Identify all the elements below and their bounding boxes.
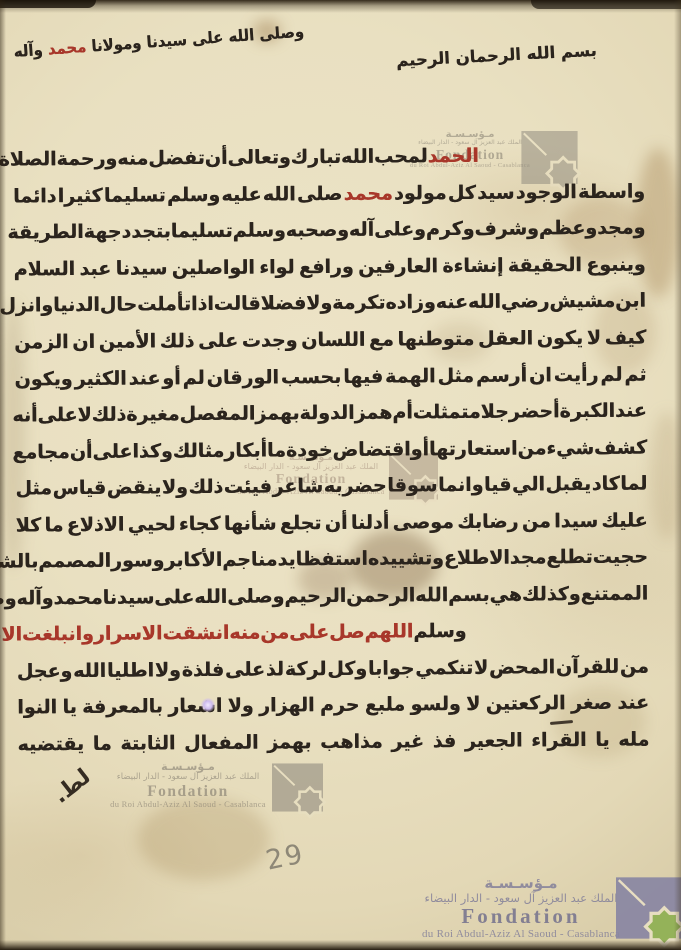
manuscript-line: عليكسيدامنرضابكموصىأدلناأنتجلعشأنهاكجاءل… (15, 502, 647, 544)
ink-word: أدلنا (351, 511, 389, 533)
rubricated-word: وانبلغت (22, 623, 94, 646)
ink-word: فيها (343, 365, 383, 387)
ink-word: ثم (624, 363, 646, 385)
ink-word: الله (415, 584, 448, 606)
ink-word: عند (617, 692, 649, 714)
rubricated-word: الانوار (0, 624, 22, 646)
manuscript-line: لماكاديقبلاليقياوانماسوقاحضربهشاعرفيئتذل… (15, 465, 647, 507)
ink-word: عليك (601, 509, 647, 531)
ink-word: على (198, 330, 238, 352)
ink-word: لا (77, 404, 91, 426)
ink-word: ابن (615, 290, 646, 312)
ink-word: بالشها (0, 551, 38, 573)
manuscript-line: ملهياالقراءالجعيرفذغيرمذاهببهمزالمفعالال… (17, 721, 649, 763)
ink-word: القراء (531, 729, 587, 751)
ink-word: قياس (52, 477, 106, 499)
rubricated-word: من (260, 622, 289, 644)
ink-word: الرحمن (346, 584, 415, 607)
ink-word: كيف (605, 327, 647, 349)
ink-word: منه (117, 148, 148, 170)
ink-word: مثل (437, 364, 474, 386)
ink-word: الطريقة (7, 221, 83, 244)
basmala-header: بسم الله الرحمان الرحيم (396, 41, 598, 70)
ink-word: وكرم (426, 218, 475, 240)
ink-word: غير (391, 730, 424, 752)
ink-word: اذا (191, 293, 214, 315)
ink-word: الورقان (207, 366, 279, 389)
ink-word: كلا (16, 514, 42, 536)
ink-word: لا (587, 327, 601, 349)
ink-word: وآله (16, 587, 53, 609)
ink-word: لذ (266, 658, 284, 680)
rubricated-word: محمد (343, 182, 392, 204)
ink-word: لا (466, 693, 480, 715)
ink-word: جهة (84, 221, 122, 243)
ink-word: من (517, 437, 546, 459)
rubricated-word: الحمد (428, 145, 479, 167)
watermark-latin-title: Fondation (147, 783, 229, 800)
ink-word: السلام (14, 258, 76, 280)
ink-word: وسلم (167, 184, 220, 206)
ink-word: ذلك (160, 330, 195, 352)
ink-word: العارفين (358, 255, 438, 278)
ink-word: تبارك (291, 146, 342, 168)
watermark-arabic-subtitle: الملك عبد العزيز آل سعود - الدار البيضاء (425, 892, 618, 905)
logo-diagonal-line (274, 766, 294, 786)
ink-word: الكبرة (559, 400, 615, 422)
stain (650, 412, 681, 540)
ink-word: الكثير (74, 367, 126, 389)
ink-word: بهمز (255, 402, 299, 424)
page-edge-bottom (0, 940, 681, 950)
rubricated-word: الاسرار (94, 623, 163, 646)
ink-word: واسطة (578, 180, 645, 203)
ink-word: المفصل (179, 403, 255, 426)
ink-word: بسم (448, 584, 490, 606)
ink-word: وعظم (539, 217, 597, 239)
ink-word: الله (73, 660, 106, 682)
ink-word: أو (411, 438, 430, 460)
ink-word: الحقيقة (508, 254, 582, 277)
salat-header: وصلى الله على سيدنا ومولانا محمد وآله (13, 22, 305, 61)
ink-word: الثابتة (120, 732, 175, 754)
ink-word: المصمم (38, 550, 111, 573)
ink-word: الزمن (14, 331, 68, 353)
ink-word: ورحمة (56, 148, 117, 170)
ink-word: وعلى (374, 219, 426, 241)
ink-word: الركعتين (486, 693, 566, 716)
ink-word: لم (600, 363, 622, 385)
ink-word: يكون (537, 327, 583, 349)
ink-word: الرحيم (284, 585, 346, 607)
ink-word: الممتنع (580, 582, 648, 605)
ink-word: فضلا (260, 293, 306, 315)
ink-word: الاطلاع (444, 547, 510, 570)
rubricated-word: انشقت (162, 622, 229, 645)
ink-word: عنه (436, 291, 468, 313)
ink-word: المفعال (184, 732, 259, 755)
ink-word: بتجدد (121, 221, 170, 243)
ink-word: جوابا (368, 657, 415, 679)
ink-word: شأنها (224, 512, 277, 534)
ink-word: فيئت (224, 476, 272, 498)
ink-word: على (92, 440, 132, 462)
marginal-ink-mark: لط. (49, 764, 96, 808)
ink-word: استعارتها (429, 437, 518, 460)
ink-word: سوقا (387, 474, 437, 496)
ink-word: الوجود (516, 181, 577, 203)
ink-word: على (37, 404, 77, 426)
ink-word: مشيش (549, 290, 615, 313)
ink-word: ويكون (14, 368, 72, 390)
ink-word: تطلع (546, 546, 593, 568)
ink-word: تنكمي (415, 657, 473, 679)
ink-word: وتعالى (227, 147, 290, 169)
ink-word: تسليما (171, 220, 233, 242)
ink-word: لا (474, 657, 488, 679)
ink-word: موصى (392, 511, 453, 533)
ink-word: ولا (162, 476, 188, 498)
salat-header-tail: وآله (13, 40, 48, 61)
ink-word: وشرف (474, 218, 539, 241)
ink-word: وصحبه (286, 219, 349, 241)
manuscript-line: كشفشيءمناستعارتهاأواقتضاضخودةماأبكارمثال… (15, 429, 647, 471)
ink-word: الله (468, 291, 501, 313)
ink-word: محمد (53, 587, 102, 609)
ink-word: أن (325, 512, 348, 534)
rubricated-word: منه (229, 622, 260, 644)
ink-word: تجلع (280, 512, 322, 534)
manuscript-line: ثملمرأيتانأرسممثلالهمةفيهابحسبالورقانلمأ… (14, 356, 646, 398)
ink-word: وتشييده (368, 547, 444, 570)
ink-word: لم (182, 367, 204, 389)
ink-word: متوطنها (397, 328, 474, 351)
ink-word: هي (489, 583, 522, 605)
ink-word: كاد (592, 473, 620, 495)
ink-word: العقل (478, 327, 533, 349)
ink-word: وسور (111, 550, 165, 572)
ink-word: عبد (79, 258, 111, 280)
ink-word: ملبع (365, 694, 405, 716)
ink-word: فلذة (182, 659, 225, 681)
ink-word: بحسب (281, 365, 341, 387)
ink-word: الي (512, 474, 545, 496)
manuscript-line: عندالكبرةأحضرجلامتمثلتأمهمزالدولةبهمزالم… (15, 392, 647, 434)
manuscript-line: وينبوعالحقيقةإنشاءةالعارفينورافعلواءالوا… (13, 246, 645, 288)
ink-word: حرم (320, 694, 360, 716)
watermark-stamp-bottom-left: مـؤسـسـةالملك عبد العزيز آل سعود - الدار… (104, 761, 272, 810)
watermark-stamp-bottom-right: مـؤسـسـةالملك عبد العزيز آل سعود - الدار… (422, 875, 620, 941)
ink-word: يا (595, 729, 609, 751)
ink-word: مع (369, 329, 394, 351)
watermark-latin-title: Fondation (461, 905, 580, 929)
manuscript-line: الحمدلمحباللهتباركوتعالىأنتفضلمنهورحمةال… (16, 138, 479, 178)
ink-word: رضي (501, 291, 550, 313)
ink-word: رضابك (457, 510, 518, 532)
eight-point-star-icon (293, 786, 326, 819)
manuscript-line: عندصغرالركعتينلاولسوملبعحرمالهزارولااشعا… (17, 685, 649, 727)
ink-word: ومجد (597, 217, 645, 239)
ink-word: صغر (571, 692, 612, 714)
ink-word: الله (194, 586, 227, 608)
salat-header-rubric: محمد (47, 37, 87, 59)
ink-word: بهمز (267, 731, 311, 753)
ink-word: حجيت (593, 546, 648, 568)
ink-word: يقبل (545, 473, 591, 495)
ink-word: ذلك (92, 404, 127, 426)
ink-word: وسلم (413, 620, 466, 642)
ink-word: قالت (214, 293, 261, 315)
ink-word: الأكابر (164, 549, 222, 571)
ink-flaw-spot (201, 698, 215, 712)
stain (138, 798, 270, 880)
ink-word: مغيرة (126, 403, 179, 425)
ink-word: الاذلاع (67, 513, 125, 535)
ink-word: من (620, 655, 649, 677)
ink-word: ولا (306, 292, 332, 314)
ink-word: مذاهب (320, 731, 383, 753)
watermark-latin-subtitle: du Roi Abdul-Aziz Al Saoud - Casablanca (110, 800, 266, 810)
ink-word: لركة (285, 658, 327, 680)
ink-word: مثالك (173, 439, 225, 461)
ink-word: وسلم (232, 220, 285, 242)
manuscript-scan-page: مـؤسـسـةالملك عبد العزيز آل سعود - الدار… (0, 0, 681, 950)
ink-word: ولا (155, 659, 181, 681)
ink-word: وزاده (385, 292, 435, 314)
ink-word: على (154, 586, 194, 608)
ink-word: دائما (13, 185, 56, 207)
ink-word: وصلى (227, 585, 284, 607)
manuscript-text-block: الحمدلمحباللهتباركوتعالىأنتفضلمنهورحمةال… (13, 137, 650, 763)
ink-word: مجد (510, 547, 547, 569)
ink-word: النوا (17, 697, 57, 719)
ink-word: وكذلك (522, 583, 581, 605)
manuscript-line: واسطةالوجودسيدكلمولودمحمدصلىاللهعليهوسلم… (13, 173, 645, 215)
ink-word: الصلاة (0, 148, 57, 170)
ink-word: أرسم (476, 364, 527, 386)
ink-word: كل (448, 182, 476, 204)
ink-word: حضربه (324, 475, 387, 497)
ink-word: لمحب (374, 145, 428, 167)
ink-word: سيد (477, 181, 515, 203)
ink-word: آله (349, 219, 374, 241)
manuscript-line: حجيتتطلعمجدالاطلاعوتشييدهاستفظايدمناجمال… (16, 539, 648, 581)
ink-word: ولا (228, 695, 254, 717)
ink-word: تسليما (104, 184, 166, 206)
ink-word: أن (70, 441, 93, 463)
ink-word: ما (44, 514, 63, 536)
ink-word: ما (93, 733, 112, 755)
ink-word: المحض (489, 656, 555, 679)
ink-word: لما (620, 473, 647, 495)
ink-word: كثيرا (58, 185, 103, 207)
logo-diagonal-line (619, 880, 645, 905)
ink-word: متمثلت (413, 401, 481, 424)
ink-word: مثل (15, 477, 52, 499)
folio-number-pencil: 29 (263, 838, 307, 876)
ink-word: اطليا (107, 659, 154, 681)
manuscript-line: الممتنعوكذلكهيبسماللهالرحمنالرحيموصلىالل… (16, 575, 648, 617)
ink-word: صلى (297, 183, 343, 205)
ink-word: وكذا (132, 440, 173, 462)
page-edge-top (0, 0, 681, 13)
ink-word: وانما (438, 474, 484, 496)
ink-word: ورافع (299, 256, 354, 278)
ink-word: تأملت (137, 294, 191, 316)
ink-word: مناجم (222, 549, 277, 571)
ink-word: لواء (259, 256, 294, 278)
ink-word: وانزل (0, 295, 53, 317)
ink-word: ما (267, 439, 286, 461)
ink-word: مولود (394, 182, 447, 204)
page-edge-right (674, 0, 681, 950)
ink-word: أم (392, 401, 413, 423)
ink-word: الأمين (99, 330, 156, 352)
ink-word: ان (529, 364, 552, 386)
ink-word: للقرآن (556, 656, 619, 678)
watermark-arabic-title: مـؤسـسـة (484, 875, 557, 892)
ink-word: إنشاءة (442, 255, 503, 277)
rubricated-word: اللهم (364, 621, 413, 643)
ink-word: الله (341, 146, 374, 168)
ink-word: تفضل (148, 147, 205, 169)
ink-word: الله (263, 183, 296, 205)
ink-word: وجدت (242, 329, 298, 351)
ink-word: لحيي (128, 513, 176, 535)
ink-word: الهزار (259, 695, 315, 717)
page-edge-left (0, 0, 6, 950)
ink-word: كشف (594, 436, 647, 458)
ink-word: من (522, 510, 551, 532)
ink-word: اقتضاض (332, 438, 410, 461)
ink-word: مجامع (12, 441, 70, 463)
ink-word: رأيت (554, 363, 599, 385)
ink-word: سيدنا (102, 586, 154, 608)
ink-word: جلا (481, 401, 509, 423)
ink-word: أنه (12, 404, 37, 426)
ink-word: الدنيا (53, 294, 100, 316)
ink-word: وكل (327, 658, 367, 680)
ink-word: الدولة (299, 402, 354, 424)
salat-header-text: وصلى الله على سيدنا ومولانا (85, 22, 304, 56)
ink-word: الهمة (385, 365, 436, 387)
manuscript-line: منللقرآنالمحضلاتنكميجواباوكللركةلذعلىفلذ… (17, 648, 649, 690)
ink-word: عند (615, 400, 647, 422)
ink-word: ولسو (410, 693, 460, 715)
ink-word: عند (128, 367, 160, 389)
ink-word: حال (100, 294, 137, 316)
manuscript-line: كيفلايكونالعقلمتوطنهامعاللسانوجدتعلىذلكا… (14, 319, 646, 361)
ink-word: مله (618, 729, 649, 751)
ink-word: وصحبه (0, 587, 16, 609)
ink-word: تكرمة (332, 292, 385, 314)
manuscript-line: وسلماللهمصلعلىمنمنهانشقتالاسراروانبلغتال… (16, 613, 466, 653)
watermark-latin-subtitle: du Roi Abdul-Aziz Al Saoud - Casablanca (422, 928, 620, 940)
ink-word: كجاء (179, 513, 221, 535)
ink-word: على (225, 658, 265, 680)
eight-point-star-icon (643, 906, 681, 948)
ink-word: استفظايد (277, 548, 368, 571)
ink-word: أن (205, 147, 228, 169)
ink-word: ان (72, 331, 95, 353)
ink-word: أبكار (224, 439, 267, 461)
ink-word: يا (62, 696, 76, 718)
foundation-logo-icon-bottom-right (616, 877, 681, 939)
ink-word: سيدنا (115, 257, 167, 279)
ink-word: الواصلين (172, 256, 255, 279)
ink-word: الجعير (465, 730, 523, 752)
watermark-arabic-subtitle: الملك عبد العزيز آل سعود - الدار البيضاء (117, 773, 260, 783)
ink-word: بالمعرفة (82, 696, 163, 719)
watermark-arabic-title: مـؤسـسـة (161, 761, 215, 773)
manuscript-line: ومجدوعظموشرفوكرموعلىآلهوصحبهوسلمتسليمابت… (13, 210, 645, 252)
ink-word: أحضر (509, 400, 560, 422)
ink-word: وينبوع (586, 253, 646, 275)
ink-word: اللسان (301, 329, 365, 352)
ink-word: خودة (286, 439, 333, 461)
ink-word: ينقض (107, 477, 162, 499)
foundation-logo-icon-bottom-left (272, 761, 323, 814)
ink-word: شيء (546, 437, 594, 459)
ink-word: قيا (484, 474, 512, 496)
ink-word: عليه (221, 183, 261, 205)
ink-word: أو (162, 367, 181, 389)
ink-word: يقتضيه (17, 733, 84, 756)
ink-word: وعجل (17, 660, 73, 682)
manuscript-line: ابنمشيشرضياللهعنهوزادهتكرمةولافضلاقالتاذ… (14, 283, 646, 325)
rubricated-word: صل (329, 621, 364, 643)
ink-word: همز (354, 402, 392, 424)
rubricated-word: على (289, 621, 329, 643)
ink-word: سيدا (554, 510, 598, 532)
ink-word: شاعر (272, 475, 323, 497)
ink-word: ذلك (188, 476, 223, 498)
ink-word: فذ (433, 730, 457, 752)
